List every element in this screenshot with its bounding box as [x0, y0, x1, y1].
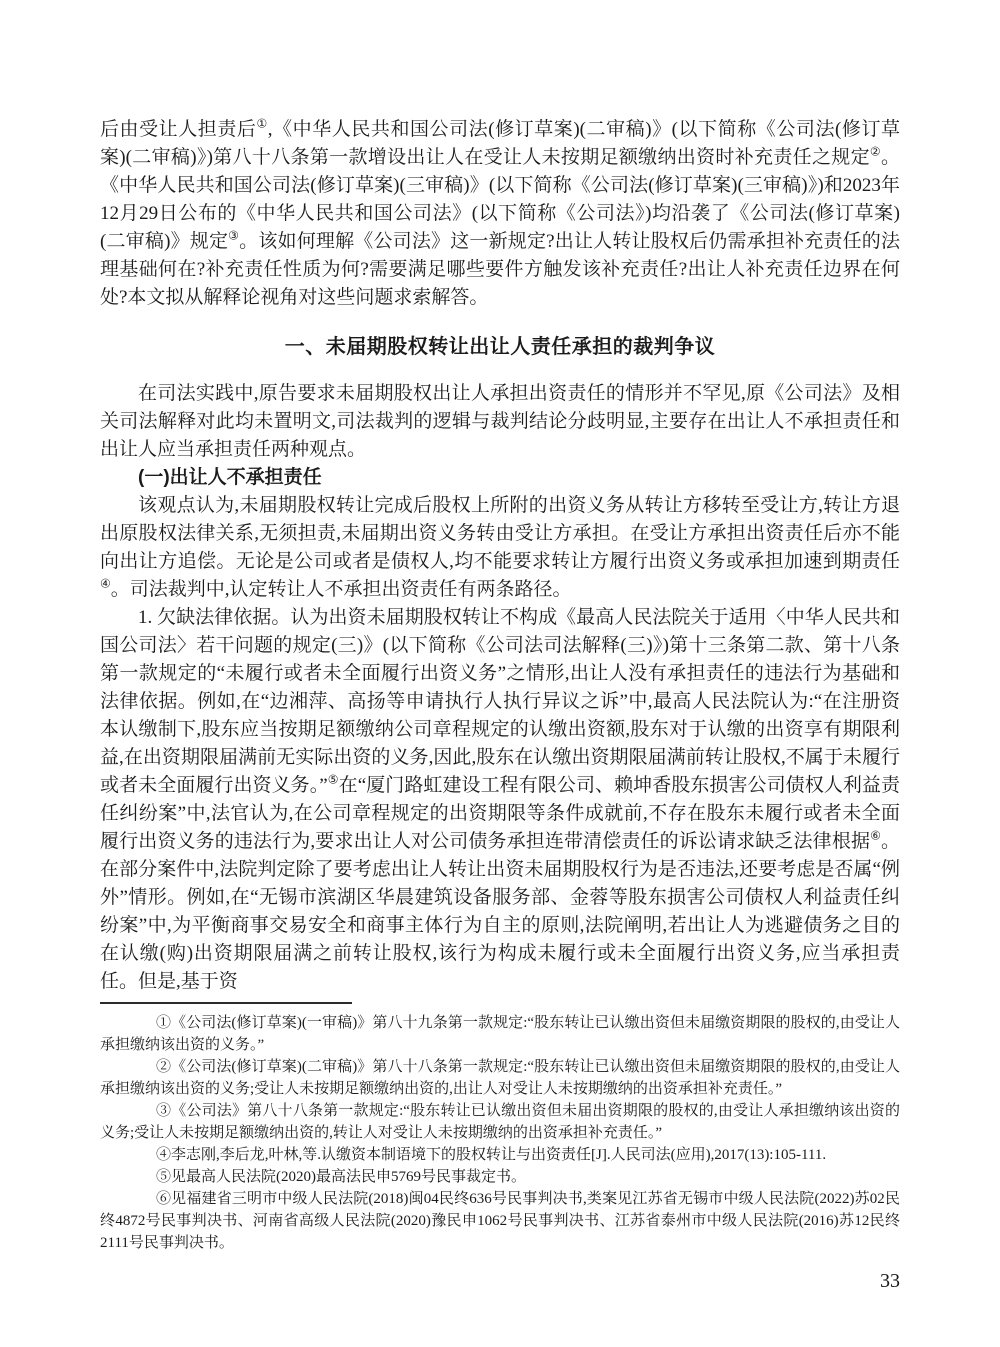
- footnote: ①《公司法(修订草案)(一审稿)》第八十九条第一款规定:“股东转让已认缴出资但未…: [100, 1012, 900, 1056]
- footnote-ref: ④: [100, 577, 111, 591]
- footnotes-section: ①《公司法(修订草案)(一审稿)》第八十九条第一款规定:“股东转让已认缴出资但未…: [100, 1002, 900, 1254]
- footnote: ⑥见福建省三明市中级人民法院(2018)闽04民终636号民事判决书,类案见江苏…: [100, 1188, 900, 1254]
- article-body: 后由受让人担责后①,《中华人民共和国公司法(修订草案)(二审稿)》(以下简称《公…: [100, 0, 900, 996]
- footnote-ref: ⑥: [870, 829, 881, 843]
- paragraph: 后由受让人担责后①,《中华人民共和国公司法(修订草案)(二审稿)》(以下简称《公…: [100, 116, 900, 312]
- footnote-ref: ②: [870, 145, 881, 159]
- footnote-ref: ⑤: [328, 773, 339, 787]
- page-number: 33: [100, 1270, 900, 1293]
- footnote: ④李志刚,李后龙,叶林,等.认缴资本制语境下的股权转让与出资责任[J].人民司法…: [100, 1144, 900, 1166]
- footnote: ③《公司法》第八十八条第一款规定:“股东转让已认缴出资但未届出资期限的股权的,由…: [100, 1100, 900, 1144]
- paragraph: 该观点认为,未届期股权转让完成后股权上所附的出资义务从转让方移转至受让方,转让方…: [100, 492, 900, 604]
- footnote: ②《公司法(修订草案)(二审稿)》第八十八条第一款规定:“股东转让已认缴出资但未…: [100, 1056, 900, 1100]
- footnote-list: ①《公司法(修订草案)(一审稿)》第八十九条第一款规定:“股东转让已认缴出资但未…: [100, 1012, 900, 1254]
- footnote-ref: ①: [256, 117, 267, 131]
- subsection-heading: (一)出让人不承担责任: [100, 464, 900, 492]
- paper-page: 后由受让人担责后①,《中华人民共和国公司法(修订草案)(二审稿)》(以下简称《公…: [0, 0, 1000, 1347]
- footnote-ref: ③: [228, 229, 239, 243]
- paragraph: 在司法实践中,原告要求未届期股权出让人承担出资责任的情形并不罕见,原《公司法》及…: [100, 380, 900, 464]
- footnote-separator-rule: [100, 1002, 352, 1004]
- footnote: ⑤见最高人民法院(2020)最高法民申5769号民事裁定书。: [100, 1166, 900, 1188]
- section-heading: 一、未届期股权转让出让人责任承担的裁判争议: [100, 332, 900, 362]
- paragraph: 1. 欠缺法律依据。认为出资未届期股权转让不构成《最高人民法院关于适用〈中华人民…: [100, 604, 900, 996]
